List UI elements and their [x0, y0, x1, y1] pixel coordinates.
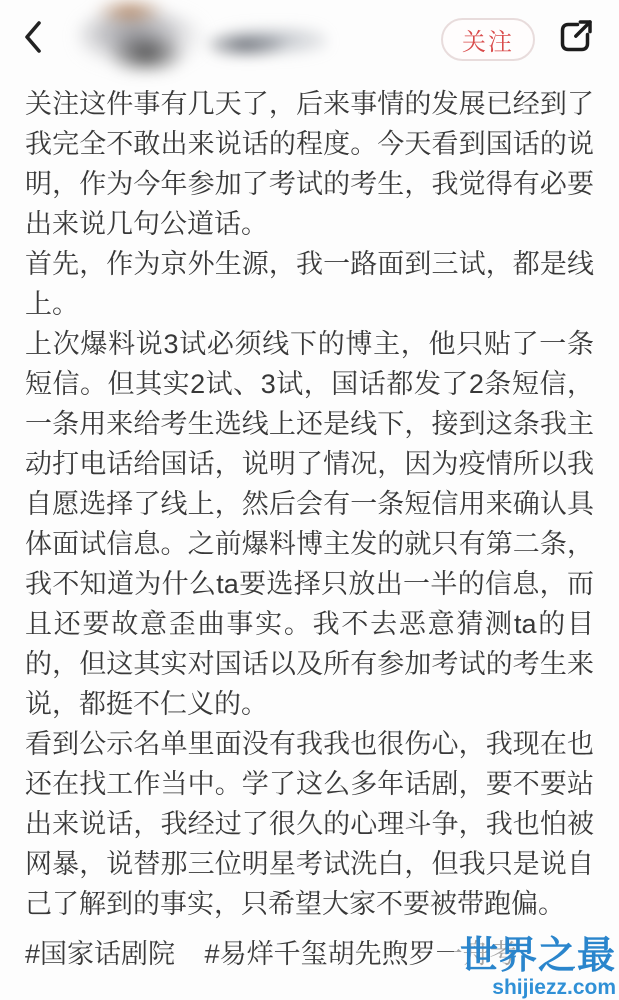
post-paragraph: 关注这件事有几天了，后来事情的发展已经到了我完全不敢出来说话的程度。今天看到国话… — [25, 84, 594, 244]
avatar — [76, 2, 204, 72]
watermark-title: 世界之最 — [460, 936, 616, 976]
header: 关注 — [0, 0, 619, 78]
username-blurred — [208, 26, 328, 58]
user-profile-area[interactable] — [48, 0, 441, 78]
watermark: 世界之最 shijiezz.com — [454, 936, 616, 1000]
watermark-url: shijiezz.com — [460, 976, 616, 1000]
follow-button[interactable]: 关注 — [441, 18, 535, 61]
hashtag-national-theatre[interactable]: #国家话剧院 — [25, 939, 175, 969]
follow-button-label: 关注 — [462, 22, 514, 57]
post-body: 关注这件事有几天了，后来事情的发展已经到了我完全不敢出来说话的程度。今天看到国话… — [0, 78, 619, 924]
back-button[interactable] — [22, 19, 48, 59]
post-paragraph: 看到公示名单里面没有我我也很伤心，我现在也还在找工作当中。学了这么多年话剧，要不… — [25, 724, 594, 924]
chevron-left-icon — [22, 19, 44, 60]
share-button[interactable] — [553, 17, 597, 61]
share-icon — [555, 17, 595, 62]
post-paragraph: 上次爆料说3试必须线下的博主，他只贴了一条短信。但其实2试、3试，国话都发了2条… — [25, 324, 594, 724]
post-paragraph: 首先，作为京外生源，我一路面到三试，都是线上。 — [25, 244, 594, 324]
